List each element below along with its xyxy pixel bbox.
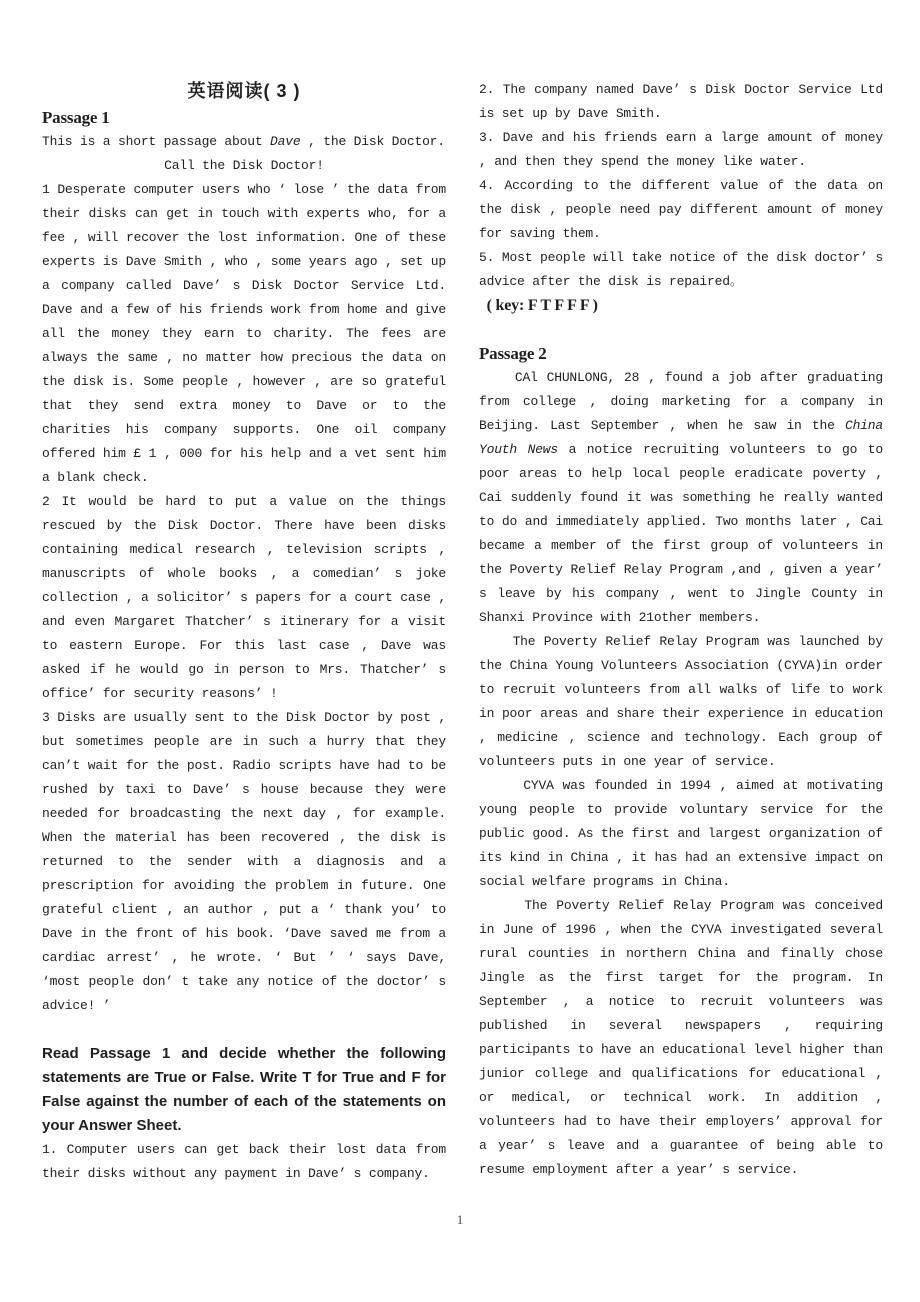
passage-2-paragraph-2: The Poverty Relief Relay Program was lau… [479, 630, 883, 774]
answer-key: ( key: F T F F F ) [479, 294, 883, 318]
passage-2-paragraph-1: CAl CHUNLONG, 28 , found a job after gra… [479, 366, 883, 630]
passage-1-paragraph-3: 3 Disks are usually sent to the Disk Doc… [42, 706, 446, 1018]
left-column: 英语阅读( 3 ) Passage 1This is a short passa… [42, 78, 446, 1186]
italic-text: Dave [270, 134, 300, 149]
passage-1-subtitle: Call the Disk Doctor! [42, 154, 446, 178]
passage-2-heading: Passage 2 [479, 342, 883, 366]
statement-1: 1. Computer users can get back their los… [42, 1138, 446, 1186]
passage-2-paragraph-4: The Poverty Relief Relay Program was con… [479, 894, 883, 1182]
passage-1-intro: This is a short passage about Dave , the… [42, 130, 446, 154]
statement-4: 4. According to the different value of t… [479, 174, 883, 246]
passage-2-paragraph-3: CYVA was founded in 1994 , aimed at moti… [479, 774, 883, 894]
blank-line [42, 1018, 446, 1042]
right-column: 2. The company named Dave’ s Disk Doctor… [479, 78, 883, 1186]
statement-3: 3. Dave and his friends earn a large amo… [479, 126, 883, 174]
passage-1-paragraph-2: 2 It would be hard to put a value on the… [42, 490, 446, 706]
passage-1-heading: Passage 1 [42, 106, 446, 130]
passage-1-paragraph-1: 1 Desperate computer users who ‘ lose ’ … [42, 178, 446, 490]
text-segment: This is a short passage about [42, 134, 270, 149]
true-false-instructions: Read Passage 1 and decide whether the fo… [42, 1042, 446, 1138]
document-title: 英语阅读( 3 ) [42, 78, 446, 104]
document-page: 英语阅读( 3 ) Passage 1This is a short passa… [0, 0, 920, 1186]
text-segment: , the Disk Doctor. [300, 134, 444, 149]
blank-line [479, 318, 883, 342]
text-segment: CAl CHUNLONG, 28 , found a job after gra… [479, 370, 891, 433]
page-number: 1 [0, 1212, 920, 1228]
statement-2: 2. The company named Dave’ s Disk Doctor… [479, 78, 883, 126]
text-segment: a notice recruiting volunteers to go to … [479, 442, 891, 625]
statement-5: 5. Most people will take notice of the d… [479, 246, 883, 294]
